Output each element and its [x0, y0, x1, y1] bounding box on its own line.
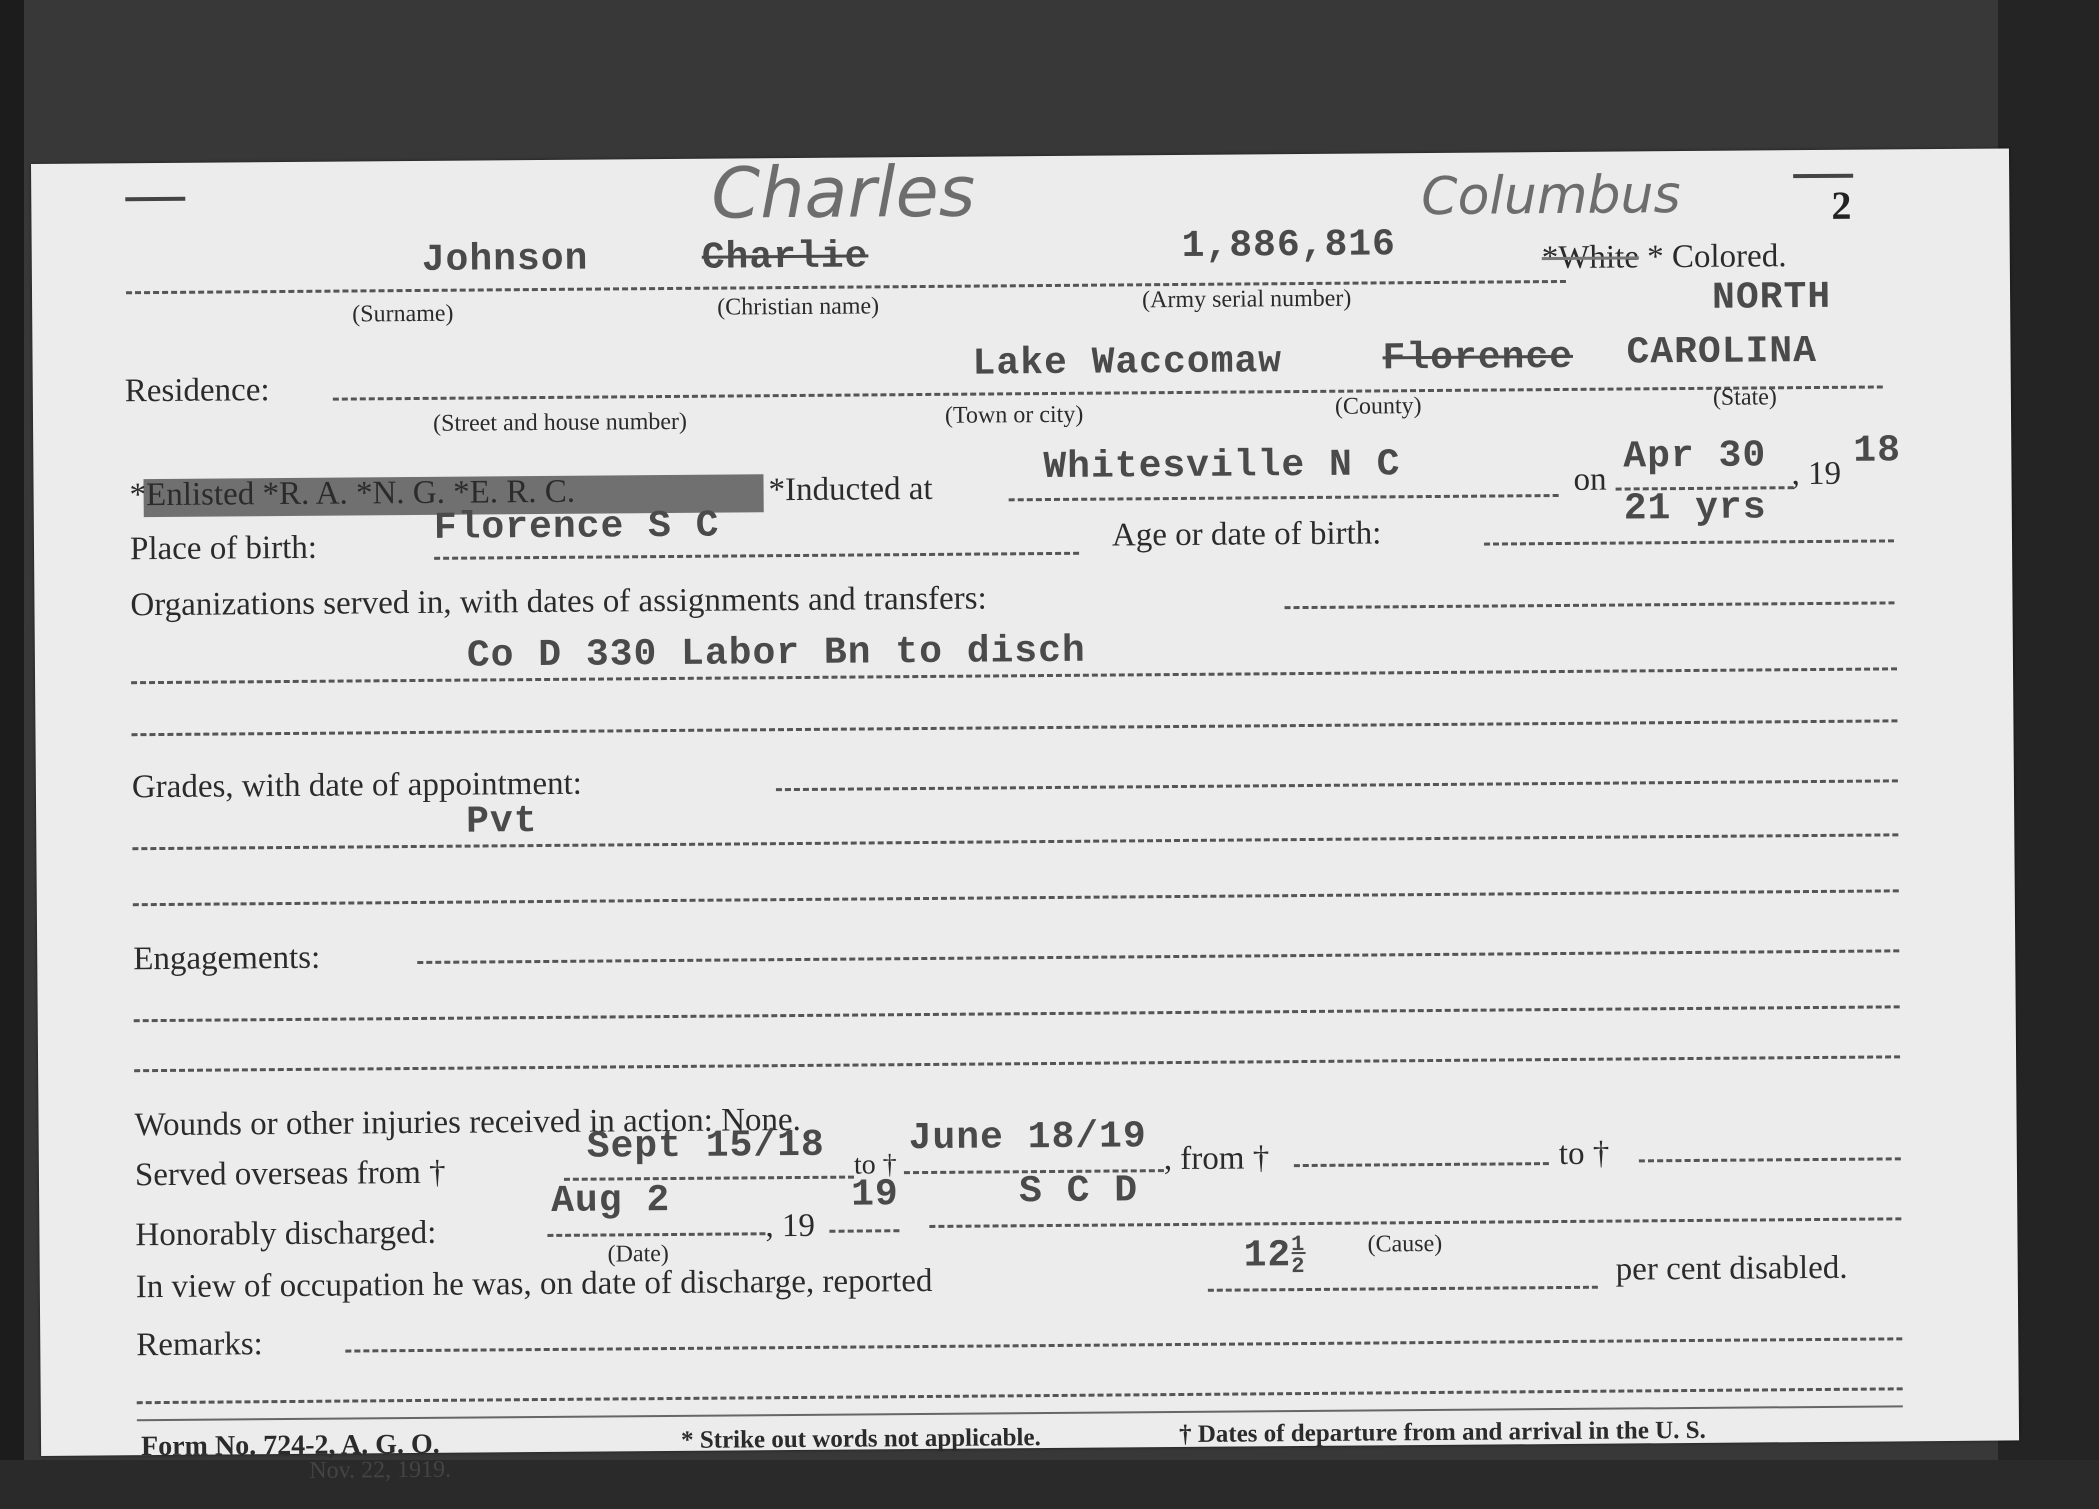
- organizations-line-2: [131, 719, 1897, 736]
- card-number: 2: [1831, 182, 1851, 229]
- inducted-line: [1009, 494, 1559, 501]
- engagements-label: Engagements:: [133, 940, 320, 978]
- organizations-value: Co D 330 Labor Bn to disch: [467, 630, 1086, 678]
- overseas-from2-line: [1294, 1162, 1549, 1167]
- remarks-line-0: [345, 1337, 1902, 1352]
- overseas-from-value: Sept 15/18: [587, 1124, 825, 1169]
- discharge-cause-value: S C D: [1019, 1169, 1138, 1213]
- on-label: on: [1573, 462, 1606, 499]
- inducted-label: *Inducted at: [768, 471, 932, 509]
- surname-value: Johnson: [422, 238, 589, 282]
- service-record-card: 2 Charles Columbus Johnson Charlie 1,886…: [31, 148, 2019, 1455]
- residence-line: [333, 385, 1883, 400]
- cause-label: (Cause): [1367, 1231, 1442, 1259]
- discharge-year-line: [829, 1229, 899, 1233]
- grades-line-1: [132, 833, 1898, 850]
- top-right-mark: [1793, 174, 1853, 178]
- discharge-date-value: Aug 2: [551, 1179, 670, 1223]
- place-of-birth-label: Place of birth:: [130, 530, 317, 568]
- christian-name-label: (Christian name): [717, 293, 879, 321]
- christian-name-value: Charlie: [702, 235, 869, 279]
- engagements-line-0: [417, 949, 1899, 964]
- residence-label: Residence:: [125, 372, 270, 410]
- age-line: [1484, 539, 1894, 545]
- discharge-year-prefix: , 19: [765, 1208, 815, 1245]
- strike-note: * Strike out words not applicable.: [681, 1424, 1041, 1455]
- disability-line: [1208, 1286, 1598, 1292]
- overseas-label: Served overseas from †: [135, 1155, 446, 1194]
- place-of-birth-value: Florence S C: [434, 505, 720, 550]
- state-value-line2: CAROLINA: [1626, 330, 1817, 374]
- serial-number-value: 1,886,816: [1182, 223, 1397, 268]
- disability-label: In view of occupation he was, on date of…: [136, 1263, 933, 1306]
- serial-number-label: (Army serial number): [1142, 286, 1351, 315]
- discharge-date-line: [547, 1232, 765, 1237]
- county-value: Florence: [1382, 336, 1573, 380]
- race-white-option: *White * Colored.: [1542, 238, 1787, 277]
- induction-date-value: Apr 30: [1623, 434, 1766, 478]
- overseas-to2-line: [1639, 1157, 1901, 1162]
- surname-label: (Surname): [352, 301, 454, 329]
- inducted-at-value: Whitesville N C: [1043, 443, 1400, 489]
- place-of-birth-line: [434, 552, 1079, 560]
- remarks-line-1: [137, 1387, 1903, 1404]
- remarks-label: Remarks:: [136, 1326, 263, 1364]
- disability-suffix: per cent disabled.: [1616, 1250, 1848, 1289]
- state-label: (State): [1713, 384, 1777, 412]
- discharge-label: Honorably discharged:: [135, 1215, 436, 1254]
- county-label: (County): [1335, 393, 1422, 421]
- age-value: 21 yrs: [1624, 486, 1767, 530]
- discharge-cause-line: [929, 1217, 1901, 1228]
- year-prefix: , 19: [1791, 456, 1841, 493]
- induction-year-value: 18: [1853, 429, 1901, 472]
- town-value: Lake Waccomaw: [972, 340, 1282, 385]
- town-label: (Town or city): [945, 402, 1083, 430]
- overseas-to-value: June 18/19: [909, 1115, 1147, 1160]
- top-left-mark: [125, 197, 185, 201]
- engagements-line-2: [134, 1055, 1900, 1072]
- handwritten-columbus: Columbus: [1421, 165, 1681, 227]
- age-label: Age or date of birth:: [1112, 515, 1382, 554]
- grades-line-0: [776, 779, 1898, 791]
- state-value-line1: NORTH: [1712, 276, 1831, 320]
- form-date: Nov. 22, 1919.: [309, 1457, 451, 1485]
- engagements-line-1: [134, 1005, 1900, 1022]
- disability-value: 1212: [1243, 1234, 1305, 1278]
- organizations-line-0: [1285, 601, 1895, 609]
- grades-value: Pvt: [466, 800, 538, 844]
- organizations-label: Organizations served in, with dates of a…: [130, 581, 987, 625]
- dagger-note: † Dates of departure from and arrival in…: [1179, 1417, 1706, 1449]
- grades-line-2: [133, 889, 1899, 906]
- overseas-to2-label: to †: [1559, 1136, 1610, 1173]
- street-label: (Street and house number): [433, 409, 687, 438]
- discharge-year-value: 19: [851, 1173, 899, 1216]
- scan-background-left: [0, 0, 24, 1509]
- handwritten-charles: Charles: [711, 151, 976, 235]
- overseas-from2-label: , from †: [1164, 1140, 1270, 1178]
